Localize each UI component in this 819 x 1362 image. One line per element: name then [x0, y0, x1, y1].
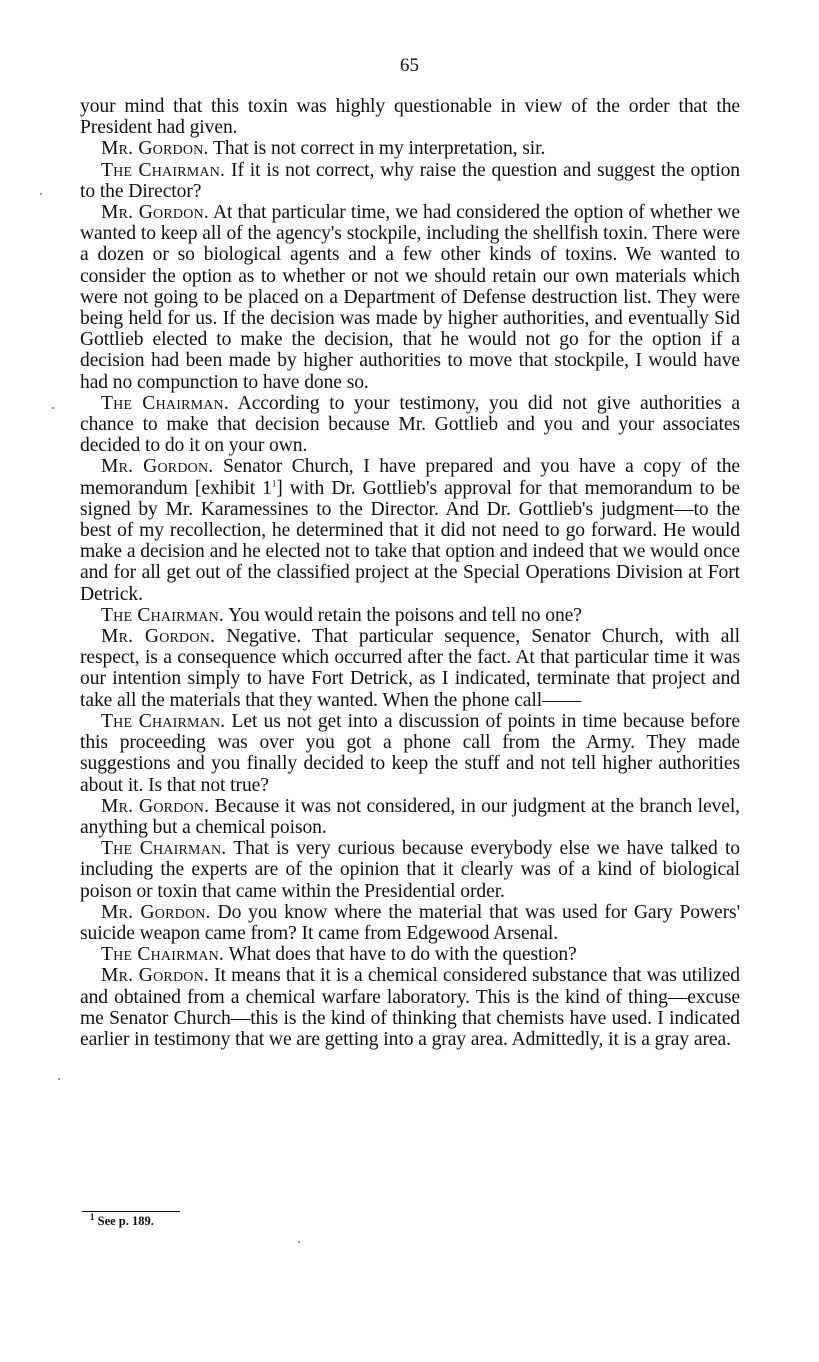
speech-text: At that particular time, we had consider…: [80, 202, 740, 393]
paragraph-gordon: Mr. Gordon. Senator Church, I have prepa…: [80, 456, 740, 604]
speaker-name: The Chairman.: [101, 838, 226, 859]
paragraph-chairman: The Chairman. If it is not correct, why …: [80, 160, 740, 202]
speaker-name: Mr. Gordon.: [101, 456, 213, 477]
paragraph-chairman: The Chairman. That is very curious becau…: [80, 838, 740, 902]
speaker-name: Mr. Gordon.: [101, 202, 209, 223]
page-number: 65: [0, 55, 819, 77]
speaker-name: The Chairman.: [101, 605, 224, 626]
speaker-name: Mr. Gordon.: [101, 626, 215, 647]
paragraph-continuation: your mind that this toxin was highly que…: [80, 96, 740, 138]
speaker-name: Mr. Gordon.: [101, 965, 209, 986]
speaker-name: The Chairman.: [101, 160, 225, 181]
speaker-name: Mr. Gordon.: [101, 902, 211, 923]
scan-speck: [298, 1241, 300, 1243]
footnote: 1 See p. 189.: [90, 1214, 154, 1229]
speech-text: You would retain the poisons and tell no…: [224, 605, 582, 626]
paragraph-chairman: The Chairman. What does that have to do …: [80, 944, 740, 965]
speaker-name: The Chairman.: [101, 393, 229, 414]
paragraph-gordon: Mr. Gordon. Negative. That particular se…: [80, 626, 740, 711]
paragraph-gordon: Mr. Gordon. At that particular time, we …: [80, 202, 740, 393]
paragraph-chairman: The Chairman. You would retain the poiso…: [80, 605, 740, 626]
paragraph-chairman: The Chairman. According to your testimon…: [80, 393, 740, 457]
footnote-divider: [82, 1211, 180, 1212]
paragraph-gordon: Mr. Gordon. Because it was not considere…: [80, 796, 740, 838]
scan-speck: [40, 193, 42, 195]
speaker-name: The Chairman.: [101, 944, 224, 965]
paragraph-gordon: Mr. Gordon. It means that it is a chemic…: [80, 965, 740, 1050]
paragraph-gordon: Mr. Gordon. That is not correct in my in…: [80, 138, 740, 159]
speaker-name: The Chairman.: [101, 711, 225, 732]
speaker-name: Mr. Gordon.: [101, 138, 209, 159]
footnote-text: See p. 189.: [95, 1214, 154, 1228]
paragraph-gordon: Mr. Gordon. Do you know where the materi…: [80, 902, 740, 944]
speaker-name: Mr. Gordon.: [101, 796, 209, 817]
testimony-body: your mind that this toxin was highly que…: [80, 96, 740, 1050]
document-page: 65 your mind that this toxin was highly …: [0, 0, 819, 1362]
paragraph-chairman: The Chairman. Let us not get into a disc…: [80, 711, 740, 796]
speech-text: That is not correct in my interpretation…: [209, 138, 546, 159]
speech-text: What does that have to do with the quest…: [224, 944, 577, 965]
scan-speck: [52, 407, 54, 409]
scan-speck: [58, 1078, 60, 1080]
